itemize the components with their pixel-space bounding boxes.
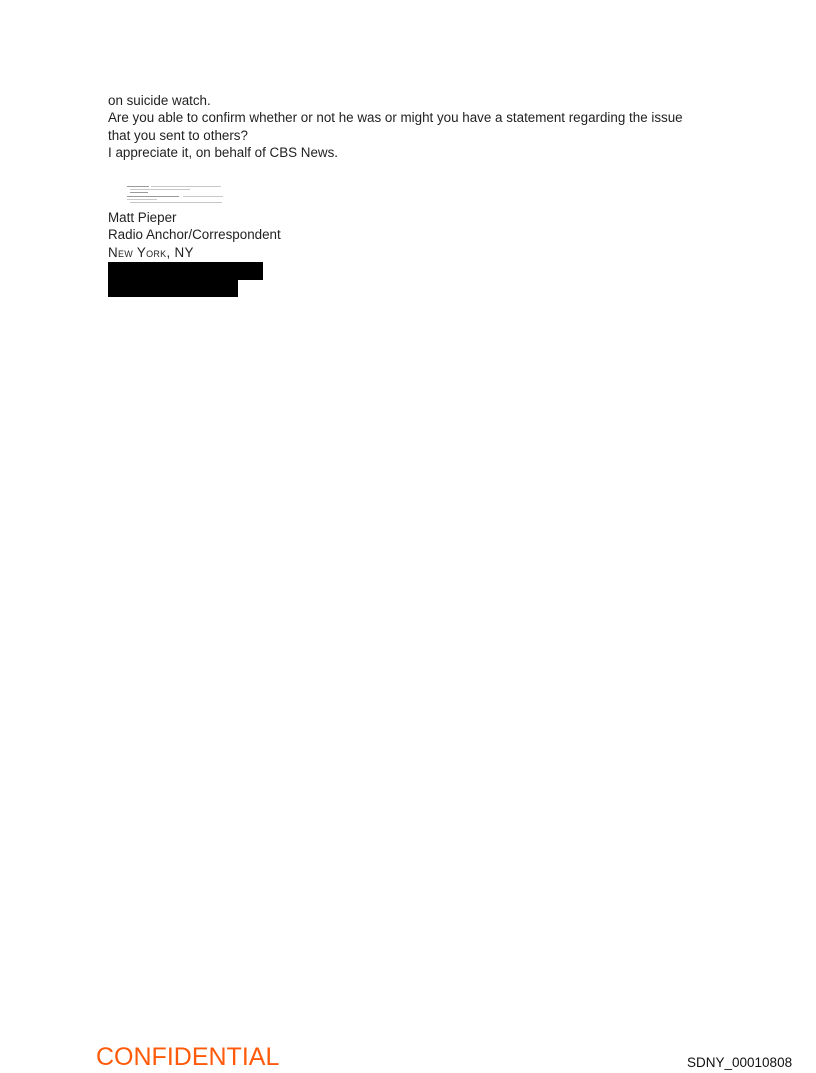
email-body: on suicide watch. Are you able to confir… [108,92,728,161]
body-line: that you sent to others? [108,127,728,144]
redaction-bar [108,280,238,297]
signature-location: New York, NY [108,244,281,261]
confidential-stamp: CONFIDENTIAL [96,1042,279,1072]
body-line: Are you able to confirm whether or not h… [108,109,728,126]
body-line: on suicide watch. [108,92,728,109]
email-signature: Matt Pieper Radio Anchor/Correspondent N… [108,209,281,261]
bates-number: SDNY_00010808 [687,1055,792,1071]
signature-name: Matt Pieper [108,209,281,226]
signature-title: Radio Anchor/Correspondent [108,226,281,243]
redaction-bar [108,262,263,280]
body-line: I appreciate it, on behalf of CBS News. [108,144,728,161]
signature-image-thumbnail-icon [127,185,225,204]
